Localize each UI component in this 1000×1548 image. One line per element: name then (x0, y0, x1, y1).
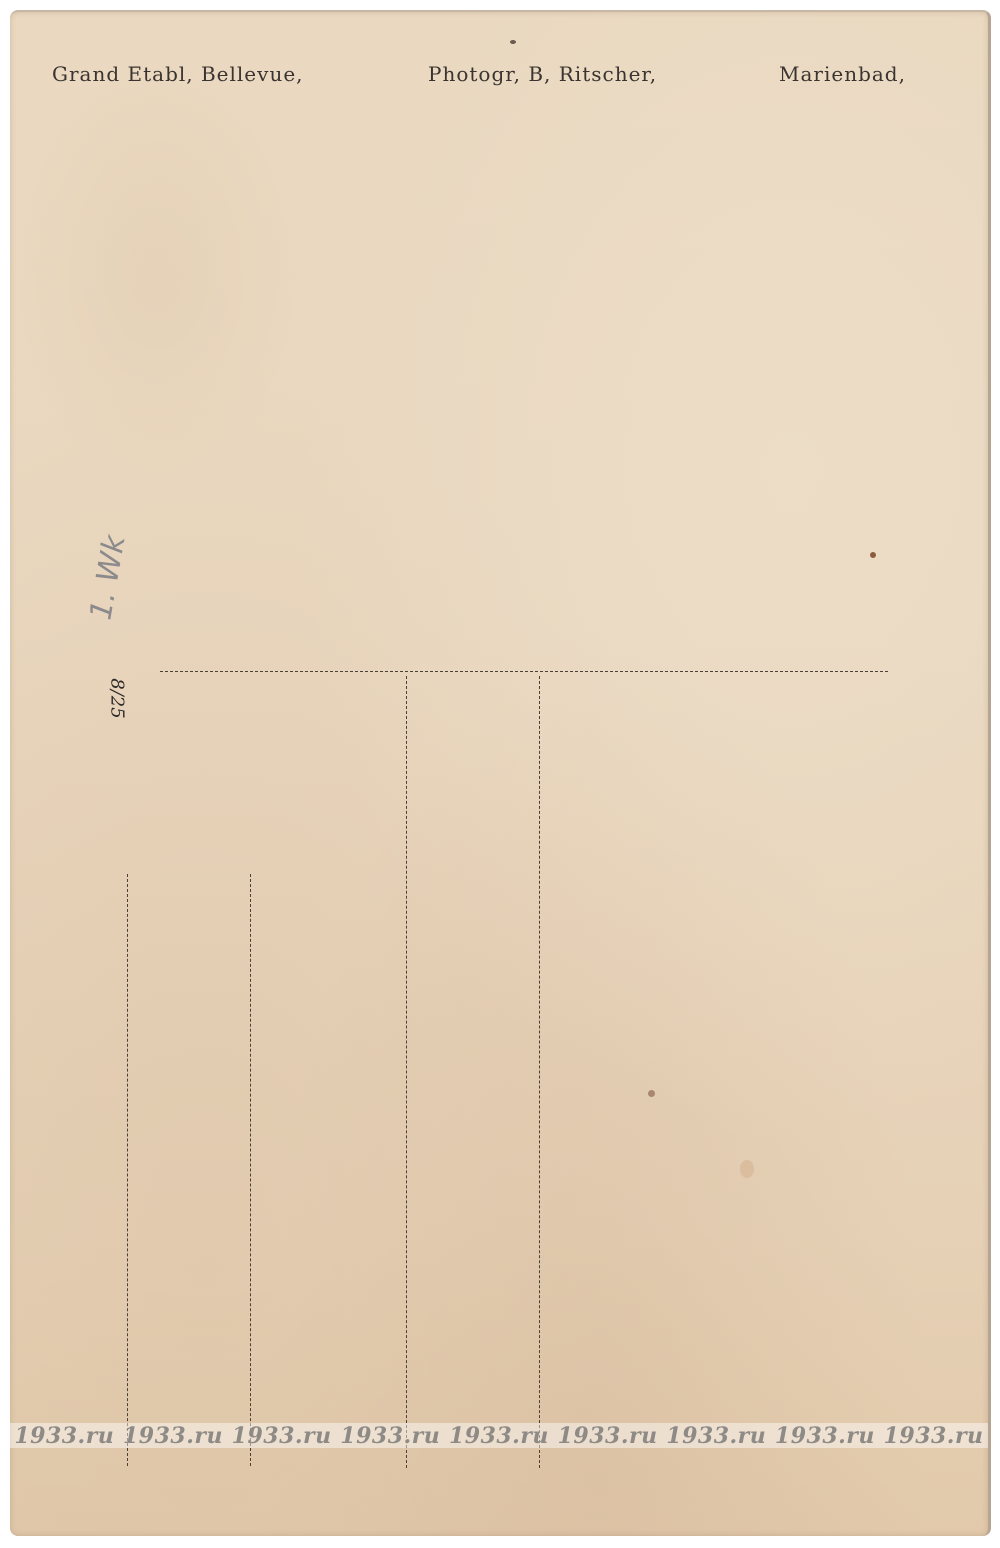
watermark-text: 1933.ru (340, 1423, 440, 1449)
header-establishment: Grand Etabl, Bellevue, (52, 62, 304, 86)
message-guide-line (250, 874, 251, 1466)
watermark-text: 1933.ru (666, 1423, 766, 1449)
header-photographer: Photogr, B, Ritscher, (428, 62, 657, 86)
message-guide-line (127, 874, 128, 1466)
watermark-text: 1933.ru (558, 1423, 658, 1449)
watermark-text: 1933.ru (775, 1423, 875, 1449)
header-location: Marienbad, (779, 62, 906, 86)
address-divider-line (539, 676, 540, 1468)
stain-spot (870, 552, 876, 558)
watermark-text: 1933.ru (884, 1423, 984, 1449)
watermark-text: 1933.ru (14, 1423, 114, 1449)
stain-spot (740, 1160, 754, 1178)
postcard-back (10, 10, 991, 1536)
stain-spot (510, 40, 516, 44)
watermark-text: 1933.ru (232, 1423, 332, 1449)
watermark-strip: 1933.ru 1933.ru 1933.ru 1933.ru 1933.ru … (10, 1423, 988, 1448)
stain-spot (648, 1090, 655, 1097)
watermark-text: 1933.ru (449, 1423, 549, 1449)
catalog-number: 8/25 (107, 674, 128, 724)
stamp-divider-line (160, 671, 888, 672)
watermark-text: 1933.ru (123, 1423, 223, 1449)
center-divider-line (406, 676, 407, 1468)
